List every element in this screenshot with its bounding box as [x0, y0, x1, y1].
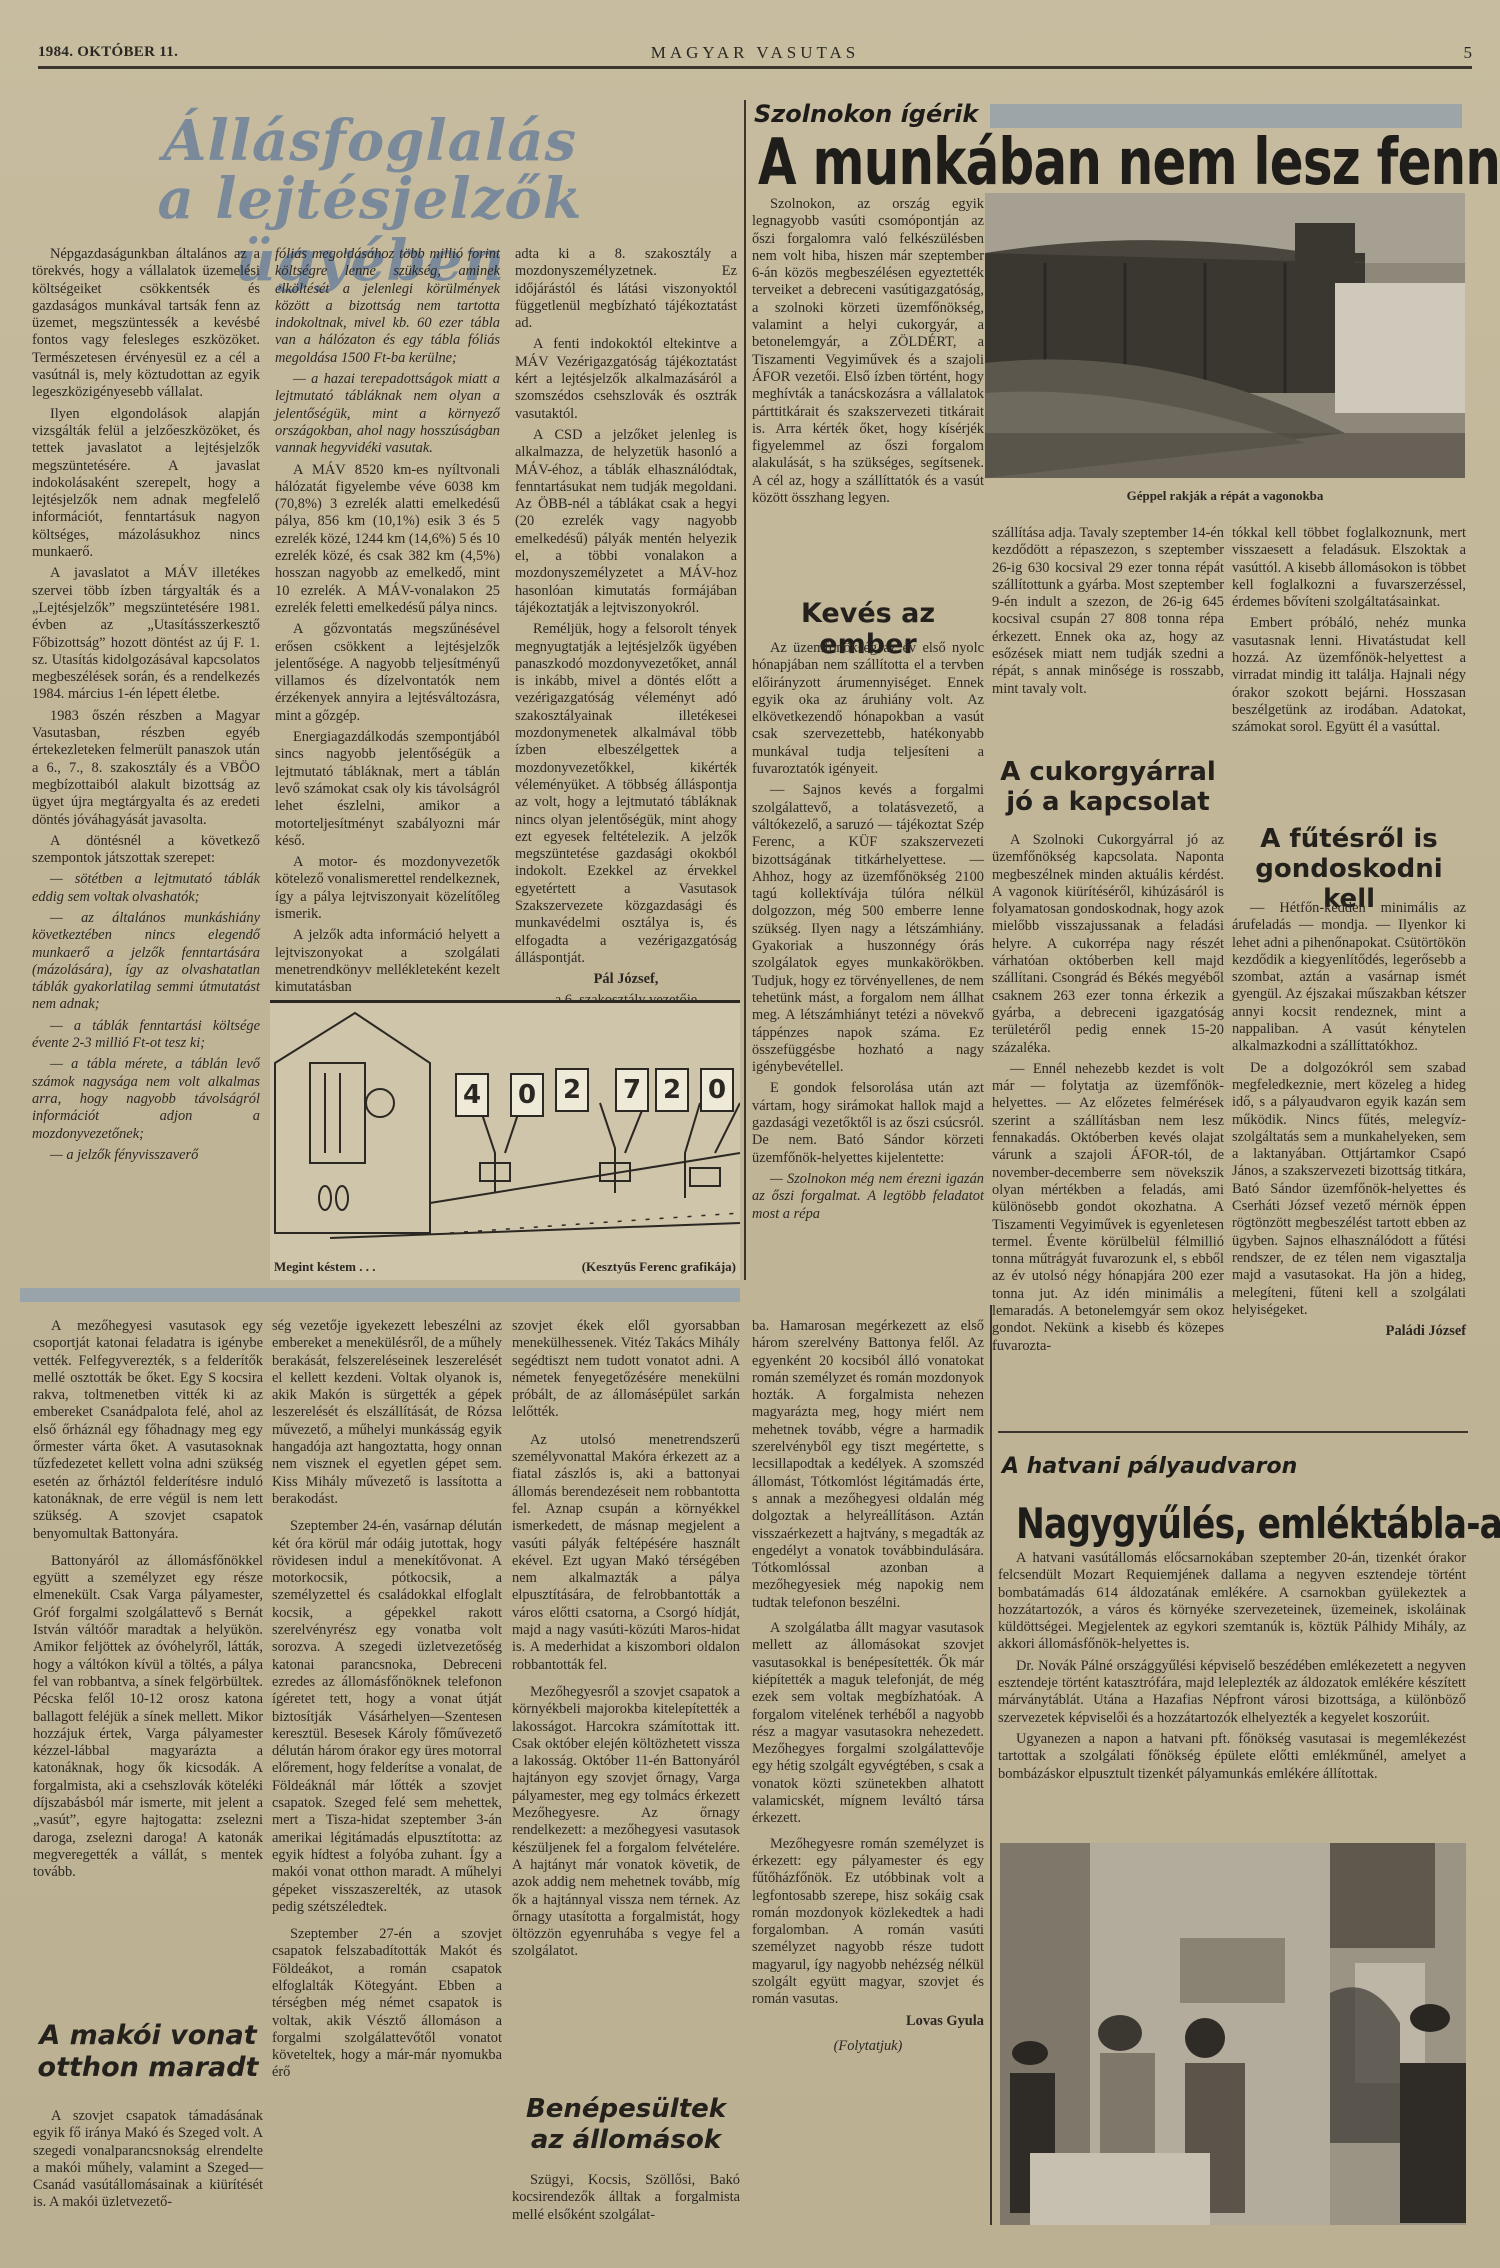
paragraph: A mezőhegyesi vasutasok egy csoportját k… — [33, 1318, 263, 1543]
kicker-fill — [990, 104, 1462, 128]
column-divider — [990, 1305, 992, 2225]
szolnok-column-3b: — Hétfőn-kedden minimális az árufeladás … — [1232, 900, 1466, 1344]
signal-card: 2 — [655, 1068, 689, 1112]
paragraph: A motor- és mozdonyvezetők kötelező vona… — [275, 854, 500, 923]
paragraph: Embert próbáló, nehéz munka vasutasnak l… — [1232, 615, 1466, 736]
cartoon-credit: (Kesztyűs Ferenc grafikája) — [582, 1259, 736, 1275]
paragraph: — Sajnos kevés a forgalmi szolgálattevő,… — [752, 782, 984, 1076]
paragraph: A szovjet csapatok támadásának egyik fő … — [33, 2108, 263, 2212]
bullet-point: — a jelzők fényvisszaverő — [32, 1147, 260, 1164]
signal-card: 7 — [615, 1068, 649, 1112]
paragraph: szovjet ékek elől gyorsabban menekülhess… — [512, 1318, 740, 1422]
photo-memorial-unveiling — [1000, 1843, 1466, 2225]
paragraph: A gőzvontatás megszűnésével erősen csökk… — [275, 621, 500, 725]
cartoon-caption: Megint késtem . . . — [274, 1259, 375, 1275]
paragraph: — Hétfőn-kedden minimális az árufeladás … — [1232, 900, 1466, 1056]
lejtes-column-3: adta ki a 8. szakosztály a mozdonyszemél… — [515, 246, 737, 1014]
signal-card: 0 — [700, 1068, 734, 1112]
author-name: Pál József, — [515, 971, 737, 988]
lejtes-column-2: fóliás megoldásához több millió forint k… — [275, 246, 500, 1000]
paragraph: Mezőhegyesre román személyzet is érkezet… — [752, 1836, 984, 2009]
hatvan-body: A hatvani vasútállomás előcsarnokában sz… — [998, 1550, 1466, 1787]
paragraph: A Szolnoki Cukorgyárral jó az üzemfőnöks… — [992, 832, 1224, 1057]
author-signature: Paládi József — [1232, 1323, 1466, 1340]
lejtes-column-1: Népgazdaságunkban általános az a törekvé… — [32, 246, 260, 1168]
paragraph: Az üzemfőnökség az év első nyolc hónapjá… — [752, 640, 984, 778]
masthead: 1984. OKTÓBER 11. MAGYAR VASUTAS 5 — [38, 40, 1472, 66]
bullet-point: — a táblák fenntartási költsége évente 2… — [32, 1018, 260, 1053]
bullet-point: — a tábla mérete, a táblán levő számok n… — [32, 1056, 260, 1142]
section-separator — [20, 1288, 740, 1302]
szolnok-column-2b: A Szolnoki Cukorgyárral jó az üzemfőnöks… — [992, 832, 1224, 1359]
szolnok-column-3: tókkal kell többet foglalkoznunk, mert v… — [1232, 525, 1466, 741]
paragraph: De a dolgozókról sem szabad megfeledkezn… — [1232, 1060, 1466, 1319]
masthead-rule — [38, 66, 1472, 69]
kicker-hatvan: A hatvani pályaudvaron — [1002, 1454, 1297, 1479]
article-title-line1: Állásfoglalás — [150, 110, 590, 172]
bullet-point: — a hazai terepadottságok miatt a lejtmu… — [275, 371, 500, 457]
bullet-point: — sötétben a lejtmutató táblák eddig sem… — [32, 871, 260, 906]
paragraph: Mezőhegyesről a szovjet csapatok a körny… — [512, 1684, 740, 1961]
paragraph: A javaslatot a MÁV illetékes szervei töb… — [32, 565, 260, 703]
mezohegyes-column-3b: Szügyi, Kocsis, Szöllősi, Bakó kocsirend… — [512, 2172, 740, 2228]
paragraph: Az utolsó menetrendszerű személyvonattal… — [512, 1432, 740, 1674]
paragraph: szállítása adja. Tavaly szeptember 14-én… — [992, 525, 1224, 698]
page-number: 5 — [1464, 43, 1473, 63]
paragraph: Szügyi, Kocsis, Szöllősi, Bakó kocsirend… — [512, 2172, 740, 2224]
paragraph: E gondok felsorolása után azt vártam, ho… — [752, 1080, 984, 1166]
headline-hatvan: Nagygyűlés, emléktábla-avatás — [1016, 1500, 1500, 1548]
paragraph: Ugyanezen a napon a hatvani pft. főnöksé… — [998, 1731, 1466, 1783]
paragraph: Szeptember 24-én, vasárnap délután két ó… — [272, 1518, 502, 1916]
szolnok-column-2: szállítása adja. Tavaly szeptember 14-én… — [992, 525, 1224, 702]
photo-caption: Géppel rakják a répát a vagonokba — [985, 488, 1465, 504]
paragraph: Népgazdaságunkban általános az a törekvé… — [32, 246, 260, 402]
signal-card: 2 — [555, 1068, 589, 1112]
paragraph: adta ki a 8. szakosztály a mozdonyszemél… — [515, 246, 737, 332]
kicker: Szolnokon ígérik — [754, 100, 978, 128]
paragraph: Dr. Novák Pálné országgyűlési képviselő … — [998, 1658, 1466, 1727]
cartoon-illustration: 4 0 2 7 2 0 Megint késtem . . . (Kesztyű… — [270, 1000, 740, 1280]
mezohegyes-column-1: A mezőhegyesi vasutasok egy csoportját k… — [33, 1318, 263, 1886]
paragraph: ba. Hamarosan megérkezett az első három … — [752, 1318, 984, 1612]
paragraph: — Szolnokon még nem érezni igazán az ősz… — [752, 1171, 984, 1223]
paragraph: A szolgálatba állt magyar vasutasok mell… — [752, 1620, 984, 1828]
paragraph: A döntésnél a következő szempontok játsz… — [32, 833, 260, 868]
paragraph: tókkal kell többet foglalkoznunk, mert v… — [1232, 525, 1466, 611]
bullet-point: — az általános munkáshiány következtében… — [32, 910, 260, 1014]
subheading-cukorgyar: A cukorgyárral jó a kapcsolat — [992, 758, 1224, 818]
headline: A munkában nem lesz fennakadás — [758, 128, 1500, 198]
photo-image-icon — [1000, 1843, 1466, 2225]
paragraph: 1983 őszén részben a Magyar Vasutasban, … — [32, 708, 260, 829]
paragraph: ség vezetője igyekezett lebeszélni az em… — [272, 1318, 502, 1508]
subheading-makoi-vonat: A makói vonat otthon maradt — [33, 2020, 263, 2085]
paragraph: Reméljük, hogy a felsorolt tények megnyu… — [515, 621, 737, 967]
paragraph: A MÁV 8520 km-es nyíltvonali hálózatát f… — [275, 462, 500, 618]
paragraph: Energiagazdálkodás szempontjából sincs n… — [275, 729, 500, 850]
signal-card: 0 — [510, 1073, 544, 1117]
continued-note: (Folytatjuk) — [752, 2038, 984, 2055]
paragraph: A hatvani vasútállomás előcsarnokában sz… — [998, 1550, 1466, 1654]
section-rule — [998, 1431, 1468, 1433]
author-signature: Lovas Gyula — [752, 2013, 984, 2030]
signal-card: 4 — [455, 1073, 489, 1117]
locomotive-drawing-icon — [270, 1003, 740, 1253]
mezohegyes-column-2: ség vezetője igyekezett lebeszélni az em… — [272, 1318, 502, 2086]
paragraph: fóliás megoldásához több millió forint k… — [275, 246, 500, 367]
subheading-benepesultek: Benépesültek az állomások — [512, 2094, 740, 2156]
szolnok-intro: Szolnokon, az ország egyik legnagyobb va… — [752, 196, 984, 511]
mezohegyes-column-3: szovjet ékek elől gyorsabban menekülhess… — [512, 1318, 740, 1965]
paragraph: A jelzők adta információ helyett a lejtv… — [275, 927, 500, 996]
publication-title: MAGYAR VASUTAS — [38, 43, 1472, 63]
paragraph: Battonyáról az állomásfőnökkel együtt a … — [33, 1553, 263, 1882]
paragraph: — Ennél nehezebb kezdet is volt már — fo… — [992, 1061, 1224, 1355]
photo-beet-loading — [985, 193, 1465, 478]
szolnok-column-1: Az üzemfőnökség az év első nyolc hónapjá… — [752, 640, 984, 1227]
photo-image-icon — [985, 193, 1465, 478]
paragraph: A CSD a jelzőket jelenleg is alkalmazza,… — [515, 427, 737, 617]
mezohegyes-column-4: ba. Hamarosan megérkezett az első három … — [752, 1318, 984, 2059]
mezohegyes-column-1b: A szovjet csapatok támadásának egyik fő … — [33, 2108, 263, 2216]
paragraph: A fenti indokoktól eltekintve a MÁV Vezé… — [515, 336, 737, 422]
paragraph: Szolnokon, az ország egyik legnagyobb va… — [752, 196, 984, 507]
paragraph: Ilyen elgondolások alapján vizsgálták fe… — [32, 406, 260, 562]
paragraph: Szeptember 27-én a szovjet csapatok fels… — [272, 1926, 502, 2082]
column-divider — [744, 100, 746, 1280]
